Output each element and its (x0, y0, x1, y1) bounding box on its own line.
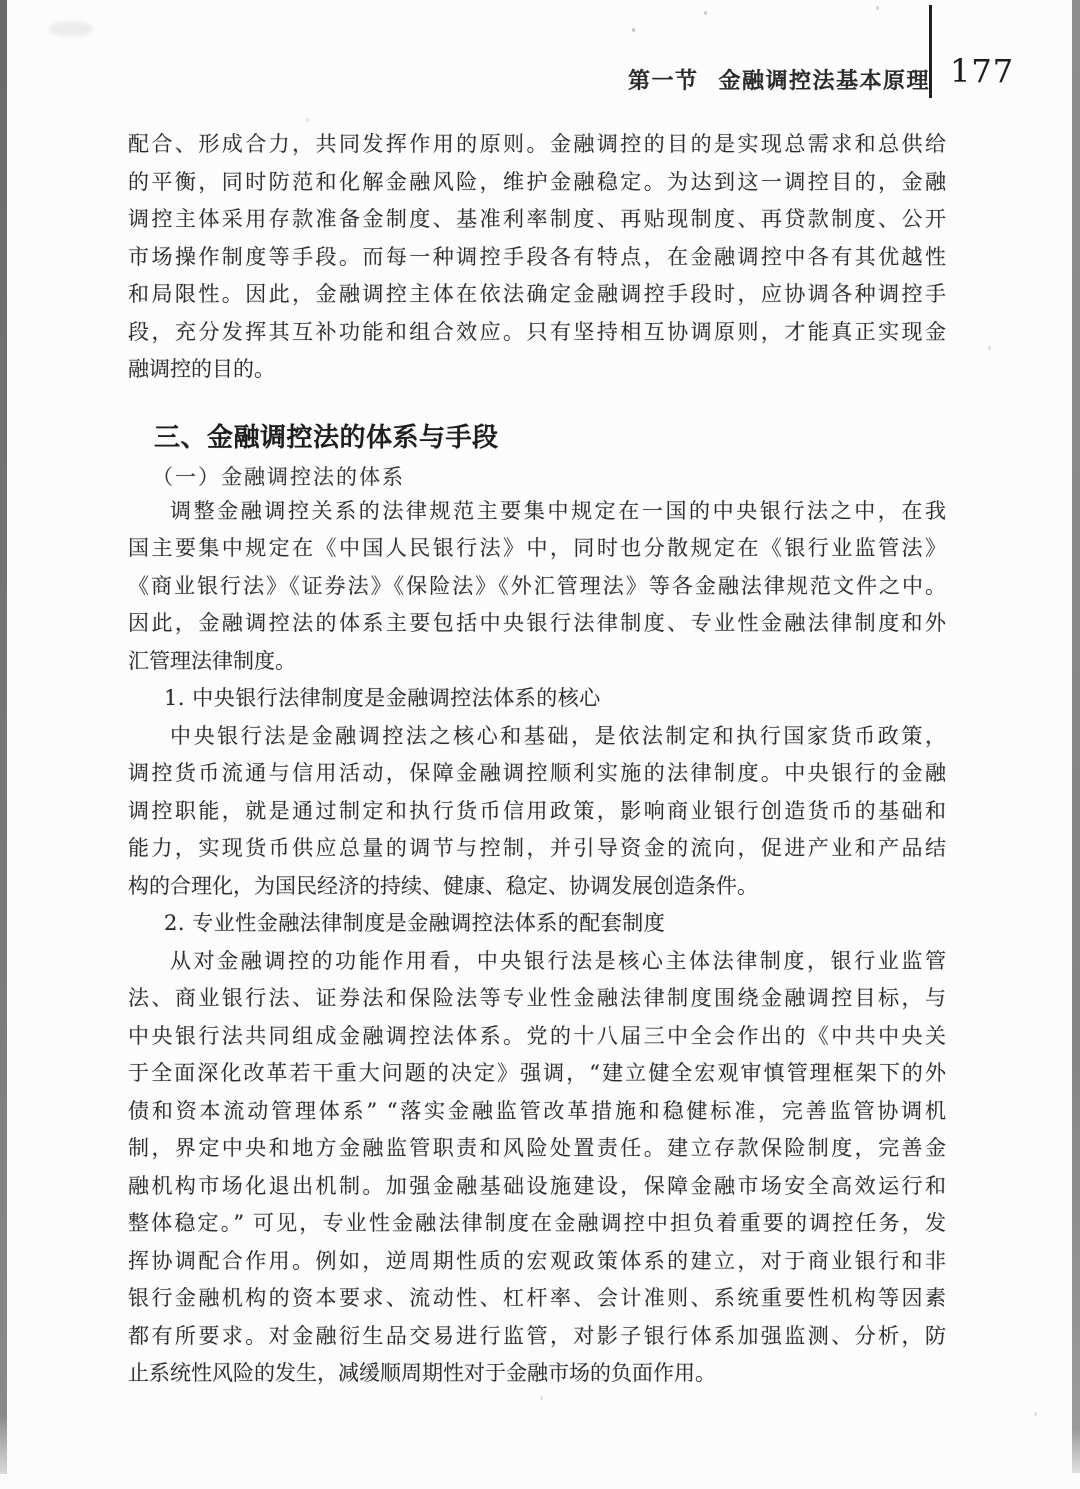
section-heading: 三、金融调控法的体系与手段 (154, 420, 946, 456)
numbered-heading: 1. 中央银行法律制度是金融调控法体系的核心 (164, 680, 946, 718)
text-line: 调整金融调控关系的法律规范主要集中规定在一国的中央银行法之中，在我 (128, 493, 946, 531)
text-line: 构的合理化，为国民经济的持续、健康、稳定、协调发展创造条件。 (128, 868, 946, 906)
paragraph: 中央银行法是金融调控法之核心和基础，是依法制定和执行国家货币政策，调控货币流通与… (128, 718, 946, 906)
text-line: 的平衡，同时防范和化解金融风险，维护金融稳定。为达到这一调控目的，金融 (128, 164, 946, 202)
scanned-book-page: { "header": { "section_label": "第一节", "s… (0, 0, 1080, 1489)
text-line: 制，界定中央和地方金融监管职责和风险处置责任。建立存款保险制度，完善金 (128, 1130, 946, 1168)
text-line: 都有所要求。对金融衍生品交易进行监管，对影子银行体系加强监测、分析，防 (128, 1318, 946, 1356)
text-line: 中央银行法共同组成金融调控法体系。党的十八届三中全会作出的《中共中央关 (128, 1018, 946, 1056)
section-label: 第一节 (628, 69, 699, 94)
text-line: 汇管理法律制度。 (128, 643, 946, 681)
section-title: 金融调控法基本原理 (718, 69, 930, 94)
text-line: 调控主体采用存款准备金制度、基准利率制度、再贴现制度、再贷款制度、公开 (128, 201, 946, 239)
text-line: 市场操作制度等手段。而每一种调控手段各有特点，在金融调控中各有其优越性 (128, 239, 946, 277)
text-line: 国主要集中规定在《中国人民银行法》中，同时也分散规定在《银行业监管法》 (128, 530, 946, 568)
text-line: 段，充分发挥其互补功能和组合效应。只有坚持相互协调原则，才能真正实现金 (128, 314, 946, 352)
scan-noise-specks (632, 28, 635, 32)
text-line: 银行金融机构的资本要求、流动性、杠杆率、会计准则、系统重要性机构等因素 (128, 1280, 946, 1318)
numbered-heading: 2. 专业性金融法律制度是金融调控法体系的配套制度 (164, 905, 946, 943)
text-line: 债和资本流动管理体系” “落实金融监管改革措施和稳健标准，完善监管协调机 (128, 1093, 946, 1131)
text-line: 整体稳定。” 可见，专业性金融法律制度在金融调控中担负着重要的调控任务，发 (128, 1205, 946, 1243)
text-line: 于全面深化改革若干重大问题的决定》强调，“建立健全宏观审慎管理框架下的外 (128, 1055, 946, 1093)
paragraph: 从对金融调控的功能作用看，中央银行法是核心主体法律制度，银行业监管法、商业银行法… (128, 943, 946, 1393)
text-line: 和局限性。因此，金融调控主体在依法确定金融调控手段时，应协调各种调控手 (128, 276, 946, 314)
text-line: 《商业银行法》《证券法》《保险法》《外汇管理法》等各金融法律规范文件之中。 (128, 568, 946, 606)
paragraph: 调整金融调控关系的法律规范主要集中规定在一国的中央银行法之中，在我国主要集中规定… (128, 493, 946, 681)
text-line: 能力，实现货币供应总量的调节与控制，并引导资金的流向，促进产业和产品结 (128, 830, 946, 868)
page-body: 配合、形成合力，共同发挥作用的原则。金融调控的目的是实现总需求和总供给的平衡，同… (128, 126, 946, 1393)
text-line: 调控职能，就是通过制定和执行货币信用政策，影响商业银行创造货币的基础和 (128, 793, 946, 831)
text-line: 融机构市场化退出机制。加强金融基础设施建设，保障金融市场安全高效运行和 (128, 1168, 946, 1206)
text-line: 从对金融调控的功能作用看，中央银行法是核心主体法律制度，银行业监管 (128, 943, 946, 981)
running-head: 第一节金融调控法基本原理 (628, 64, 930, 95)
scan-smudge (50, 22, 92, 36)
text-line: 配合、形成合力，共同发挥作用的原则。金融调控的目的是实现总需求和总供给 (128, 126, 946, 164)
text-line: 中央银行法是金融调控法之核心和基础，是依法制定和执行国家货币政策， (128, 718, 946, 756)
scan-edge-right (1072, 0, 1080, 1473)
page-number: 177 (950, 52, 1014, 90)
header-divider-line (929, 5, 932, 98)
text-line: 止系统性风险的发生，减缓顺周期性对于金融市场的负面作用。 (128, 1355, 946, 1393)
paragraph: 配合、形成合力，共同发挥作用的原则。金融调控的目的是实现总需求和总供给的平衡，同… (128, 126, 946, 389)
text-line: 调控货币流通与信用活动，保障金融调控顺利实施的法律制度。中央银行的金融 (128, 755, 946, 793)
text-line: 挥协调配合作用。例如，逆周期性质的宏观政策体系的建立，对于商业银行和非 (128, 1243, 946, 1281)
text-line: 法、商业银行法、证券法和保险法等专业性金融法律制度围绕金融调控目标，与 (128, 980, 946, 1018)
text-line: 因此，金融调控法的体系主要包括中央银行法律制度、专业性金融法律制度和外 (128, 605, 946, 643)
sub-heading: （一）金融调控法的体系 (152, 461, 946, 493)
scan-edge-left (0, 0, 7, 1474)
text-line: 融调控的目的。 (128, 351, 946, 389)
